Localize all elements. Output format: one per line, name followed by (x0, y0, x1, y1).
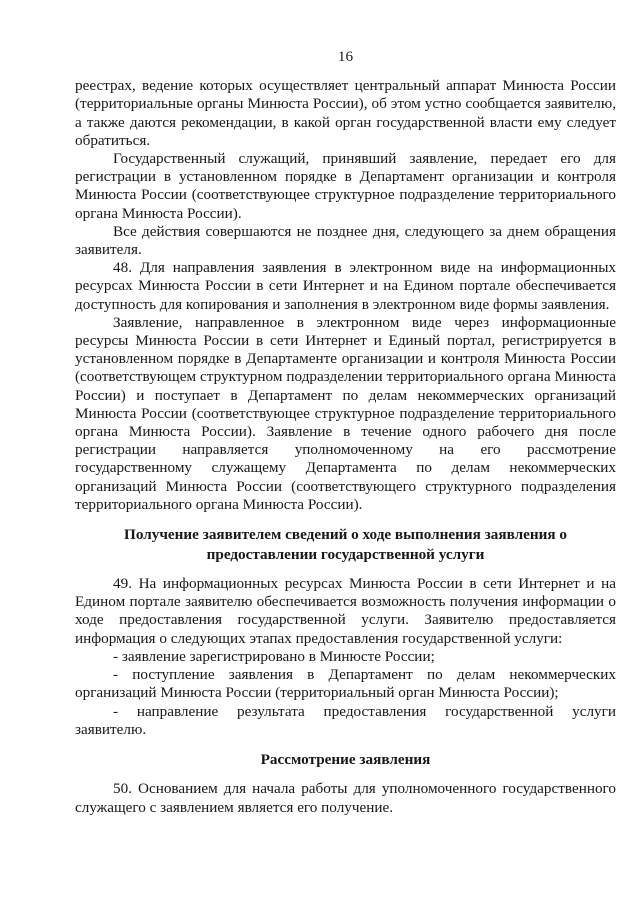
list-item: - заявление зарегистрировано в Минюсте Р… (75, 648, 616, 666)
paragraph: Заявление, направленное в электронном ви… (75, 314, 616, 514)
list-item: - поступление заявления в Департамент по… (75, 666, 616, 702)
paragraph: Государственный служащий, принявший заяв… (75, 150, 616, 223)
section-heading: Получение заявителем сведений о ходе вып… (100, 525, 592, 564)
paragraph: 48. Для направления заявления в электрон… (75, 259, 616, 314)
paragraph: 49. На информационных ресурсах Минюста Р… (75, 575, 616, 648)
section-heading: Рассмотрение заявления (100, 750, 592, 770)
paragraph: Все действия совершаются не позднее дня,… (75, 223, 616, 259)
paragraph: 50. Основанием для начала работы для упо… (75, 780, 616, 816)
paragraph: реестрах, ведение которых осуществляет ц… (75, 77, 616, 150)
document-page: 16 реестрах, ведение которых осуществляе… (0, 0, 640, 905)
document-body: реестрах, ведение которых осуществляет ц… (75, 77, 616, 817)
list-item: - направление результата предоставления … (75, 703, 616, 739)
page-number: 16 (75, 48, 616, 66)
